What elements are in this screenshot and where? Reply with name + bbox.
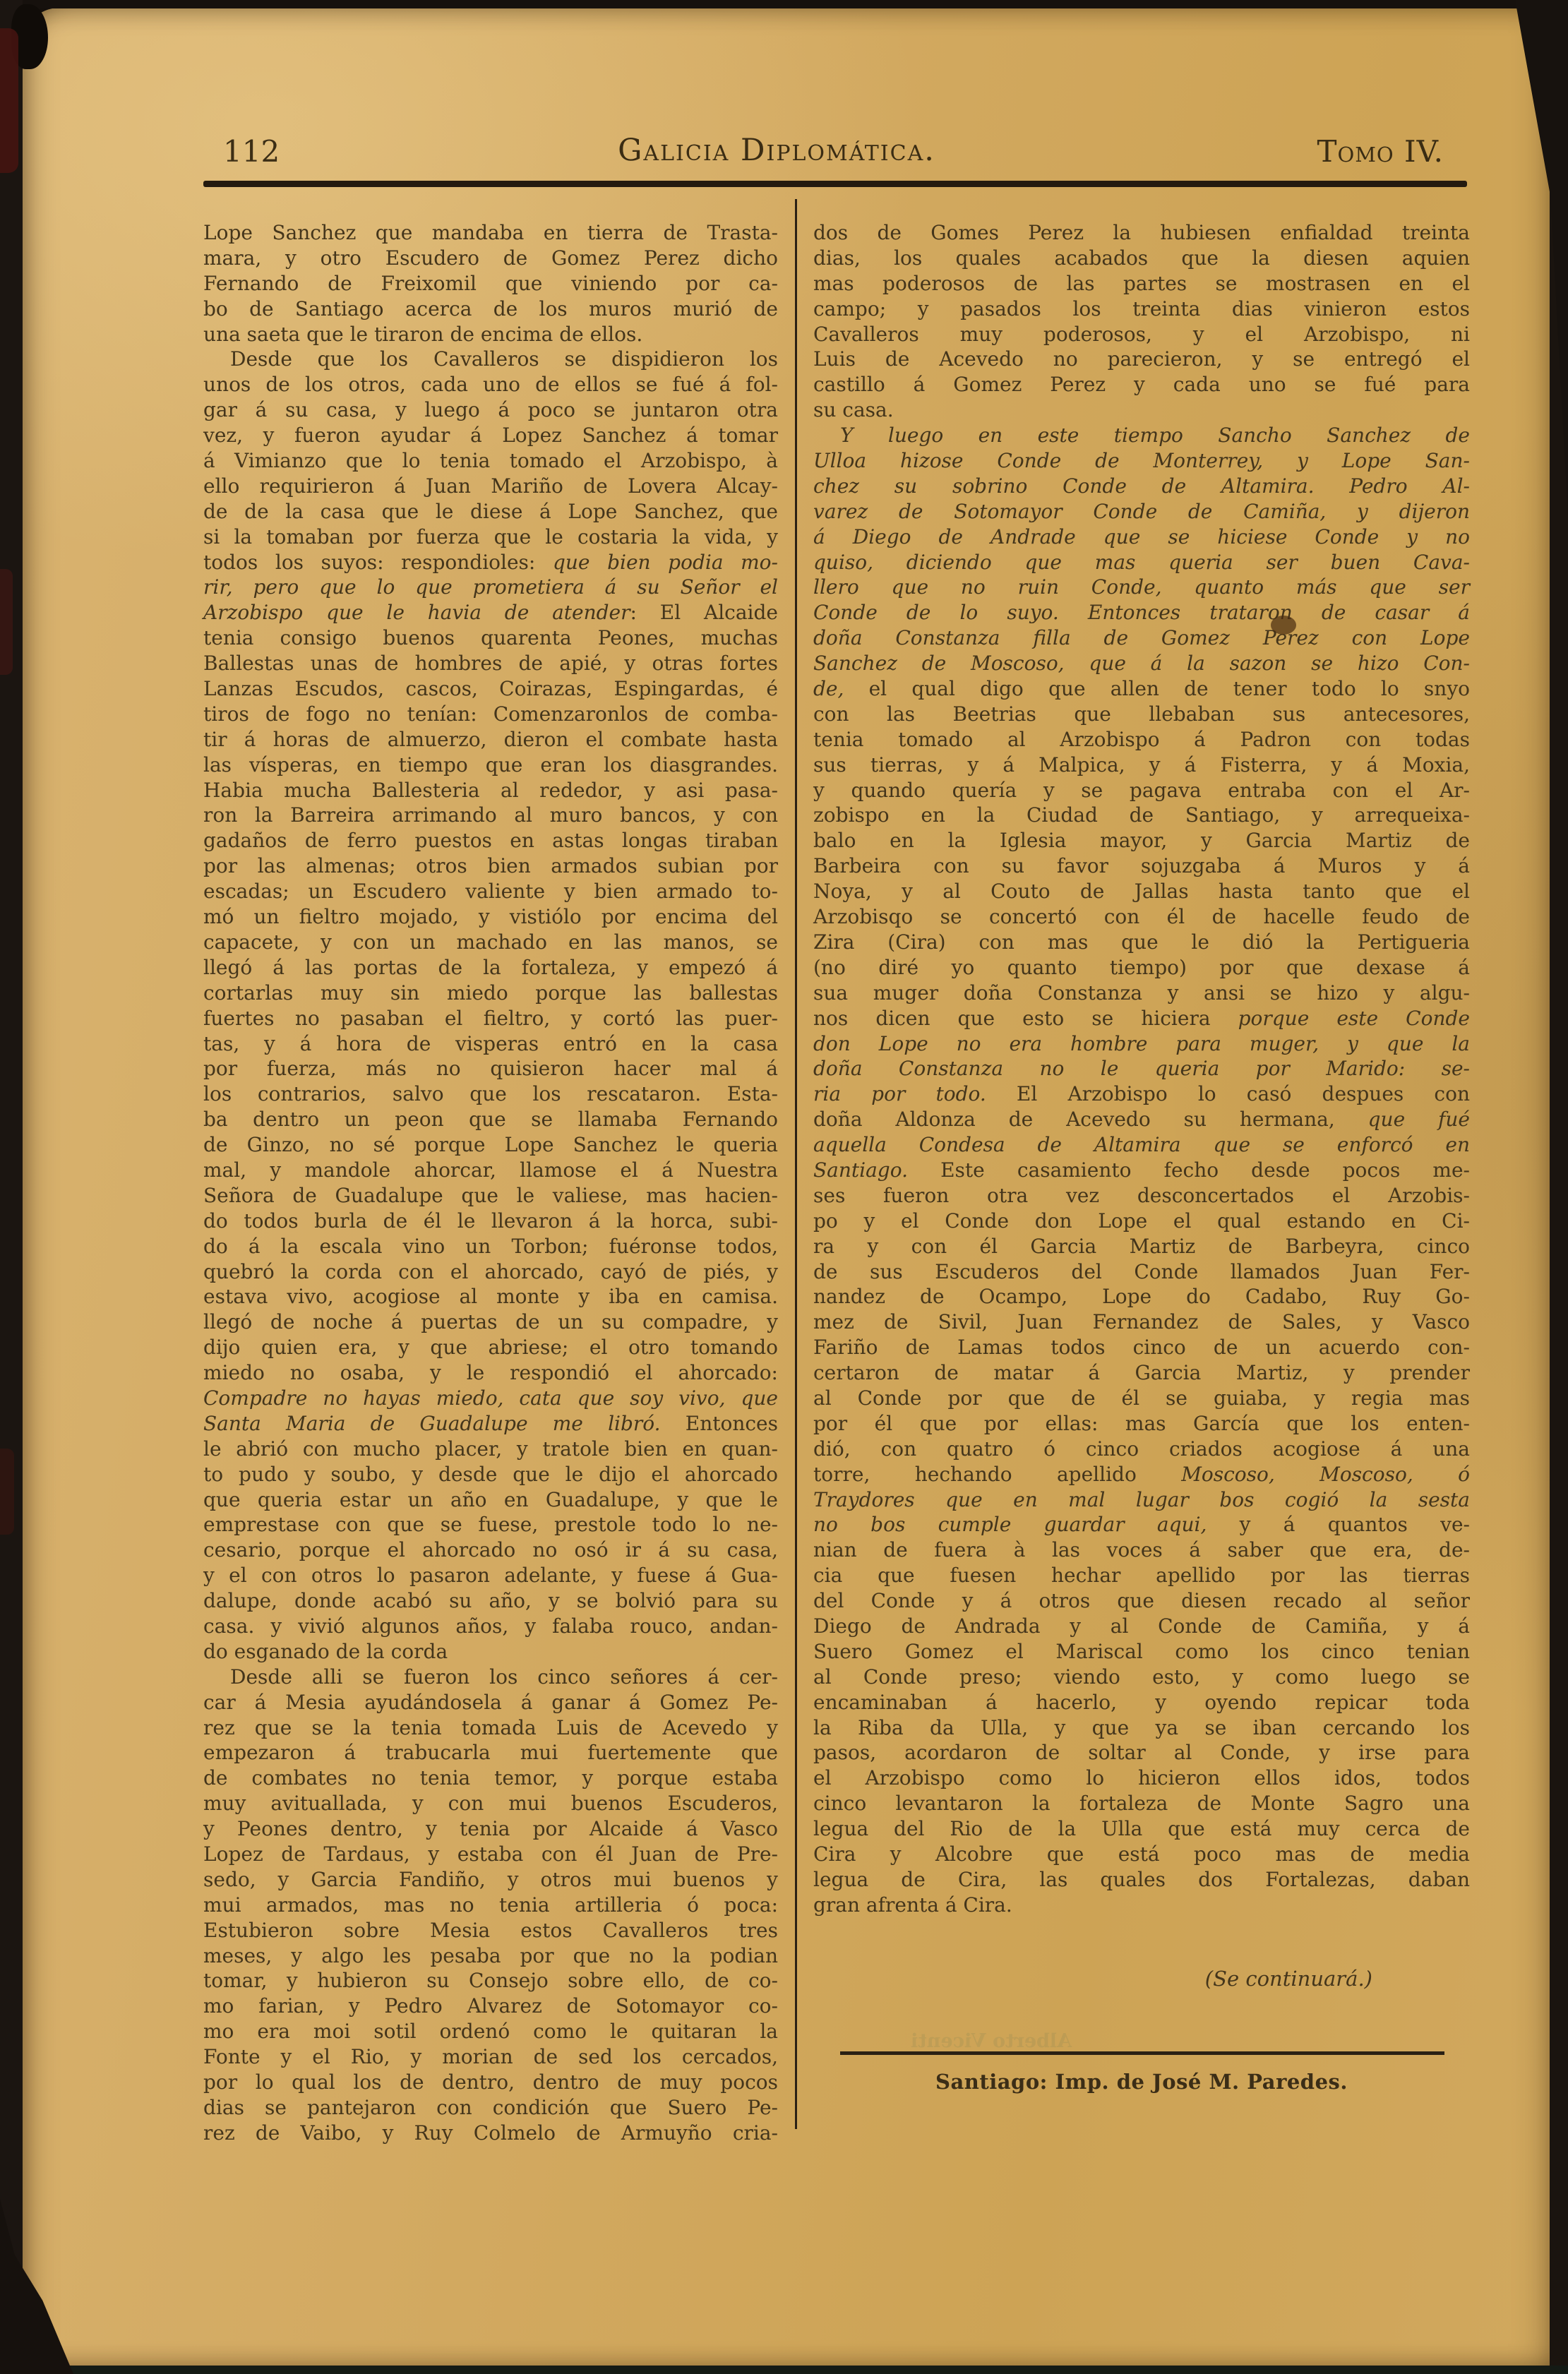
text-line: los contrarios, salvo que los rescataron… xyxy=(203,1081,778,1107)
text-line: Conde de lo suyo. Entonces trataron de c… xyxy=(813,600,1470,625)
text-line: tiros de fogo no tenían: Comenzaronlos d… xyxy=(203,702,778,727)
text-line: Ulloa hizose Conde de Monterrey, y Lope … xyxy=(813,448,1470,474)
text-line: todos los suyos: respondioles: que bien … xyxy=(203,550,778,575)
text-line: dias se pantejaron con condición que Sue… xyxy=(203,2095,778,2121)
text-line: por fuerza, más no quisieron hacer mal á xyxy=(203,1056,778,1081)
text-line: por él que por ellas: mas García que los… xyxy=(813,1411,1470,1437)
text-line: encaminaban á hacerlo, y oyendo repicar … xyxy=(813,1690,1470,1715)
text-line: pasos, acordaron de soltar al Conde, y i… xyxy=(813,1740,1470,1765)
text-line: mo farian, y Pedro Alvarez de Sotomayor … xyxy=(203,1994,778,2019)
text-line: Traydores que en mal lugar bos cogió la … xyxy=(813,1487,1470,1513)
text-line: tenia tomado al Arzobispo á Padron con t… xyxy=(813,727,1470,753)
text-line: Sanchez de Moscoso, que á la sazon se hi… xyxy=(813,651,1470,676)
text-line: Lope Sanchez que mandaba en tierra de Tr… xyxy=(203,220,778,246)
text-line: to pudo y soubo, y desde que le dijo el … xyxy=(203,1462,778,1487)
ink-stain xyxy=(1271,616,1296,635)
text-line: Compadre no hayas miedo, cata que soy vi… xyxy=(203,1386,778,1411)
scan-artifact-left-2 xyxy=(0,569,13,675)
text-line: Desde que los Cavalleros se dispidieron … xyxy=(203,347,778,372)
text-line: dijo quien era, y que abriese; el otro t… xyxy=(203,1335,778,1360)
text-line: varez de Sotomayor Conde de Camiña, y di… xyxy=(813,499,1470,524)
text-line: mui armados, mas no tenia artilleria ó p… xyxy=(203,1893,778,1918)
text-line: (no diré yo quanto tiempo) por que dexas… xyxy=(813,955,1470,981)
text-line: gar á su casa, y luego á poco se juntaro… xyxy=(203,397,778,423)
text-line: gadaños de ferro puestos en astas longas… xyxy=(203,828,778,853)
text-line: Lopez de Tardaus, y estaba con él Juan d… xyxy=(203,1842,778,1867)
text-line: ses fueron otra vez desconcertados el Ar… xyxy=(813,1183,1470,1209)
text-line: casa. y vivió algunos años, y falaba rou… xyxy=(203,1614,778,1639)
text-line: car á Mesia ayudándosela á ganar á Gomez… xyxy=(203,1690,778,1715)
text-line: dos de Gomes Perez la hubiesen enfialdad… xyxy=(813,220,1470,246)
text-line: zobispo en la Ciudad de Santiago, y arre… xyxy=(813,803,1470,828)
text-line: tas, y á hora de visperas entró en la ca… xyxy=(203,1031,778,1057)
column-left: Lope Sanchez que mandaba en tierra de Tr… xyxy=(203,220,778,2146)
text-line: su casa. xyxy=(813,397,1470,423)
text-line: de Ginzo, no sé porque Lope Sanchez le q… xyxy=(203,1132,778,1158)
text-line: sedo, y Garcia Fandiño, y otros mui buen… xyxy=(203,1867,778,1893)
text-line: llegó de noche á puertas de un su compad… xyxy=(203,1309,778,1335)
text-line: sus tierras, y á Malpica, y á Fisterra, … xyxy=(813,753,1470,778)
text-line: rir, pero que lo que prometiera á su Señ… xyxy=(203,575,778,600)
text-line: unos de los otros, cada uno de ellos se … xyxy=(203,372,778,397)
text-line: el Arzobispo como lo hicieron ellos idos… xyxy=(813,1765,1470,1791)
text-line: le abrió con mucho placer, y tratole bie… xyxy=(203,1437,778,1462)
text-line: quebró la corda con el ahorcado, cayó de… xyxy=(203,1259,778,1285)
text-line: de combates no tenia temor, y porque est… xyxy=(203,1765,778,1791)
text-line: cesario, porque el ahorcado no osó ir á … xyxy=(203,1537,778,1563)
imprint-line: Santiago: Imp. de José M. Paredes. xyxy=(813,2070,1470,2094)
text-line: legua del Rio de la Ulla que está muy ce… xyxy=(813,1816,1470,1842)
text-line: emprestase con que se fuese, prestole to… xyxy=(203,1512,778,1537)
text-line: escadas; un Escudero valiente y bien arm… xyxy=(203,879,778,904)
column-divider-rule xyxy=(795,199,797,2129)
text-line: ello requirieron á Juan Mariño de Lovera… xyxy=(203,474,778,499)
text-line: mo era moi sotil ordenó como le quitaran… xyxy=(203,2019,778,2044)
text-line: cia que fuesen hechar apellido por las t… xyxy=(813,1563,1470,1588)
text-line: chez su sobrino Conde de Altamira. Pedro… xyxy=(813,474,1470,499)
text-line: que queria estar un año en Guadalupe, y … xyxy=(203,1487,778,1513)
scan-edge-bottom xyxy=(0,2366,1568,2374)
text-line: dalupe, donde acabó su año, y se bolvió … xyxy=(203,1588,778,1614)
text-line: Ballestas unas de hombres de apié, y otr… xyxy=(203,651,778,676)
text-line: al Conde por que de él se guiaba, y regi… xyxy=(813,1386,1470,1411)
text-line: tomar, y hubieron su Consejo sobre ello,… xyxy=(203,1968,778,1994)
text-line: certaron de matar á Garcia Martiz, y pre… xyxy=(813,1360,1470,1386)
text-line: Cavalleros muy poderosos, y el Arzobispo… xyxy=(813,322,1470,347)
text-line: á Vimianzo que lo tenia tomado el Arzobi… xyxy=(203,448,778,474)
text-line: po y el Conde don Lope el qual estando e… xyxy=(813,1209,1470,1234)
text-line: doña Aldonza de Acevedo su hermana, que … xyxy=(813,1107,1470,1132)
text-line: Lanzas Escudos, cascos, Coirazas, Esping… xyxy=(203,676,778,702)
journal-title: Galicia Diplomática. xyxy=(438,133,1115,168)
text-line: de sus Escuderos del Conde llamados Juan… xyxy=(813,1259,1470,1285)
text-line: no bos cumple guardar aqui, y á quantos … xyxy=(813,1512,1470,1537)
text-line: ra y con él Garcia Martiz de Barbeyra, c… xyxy=(813,1234,1470,1259)
page-number: 112 xyxy=(223,134,280,169)
scan-artifact-left-1 xyxy=(0,28,18,173)
text-line: de de la casa que le diese á Lope Sanche… xyxy=(203,499,778,524)
text-line: do todos burla de él le llevaron á la ho… xyxy=(203,1209,778,1234)
text-line: nian de fuera à las voces á saber que er… xyxy=(813,1537,1470,1563)
text-line: ba dentro un peon que se llamaba Fernand… xyxy=(203,1107,778,1132)
text-line: tir á horas de almuerzo, dieron el comba… xyxy=(203,727,778,753)
text-line: legua de Cira, las quales dos Fortalezas… xyxy=(813,1867,1470,1893)
text-line: mal, y mandole ahorcar, llamose el á Nue… xyxy=(203,1158,778,1183)
text-line: bo de Santiago acerca de los muros murió… xyxy=(203,296,778,322)
text-line: Zira (Cira) con mas que le dió la Pertig… xyxy=(813,930,1470,955)
text-line: dias, los quales acabados que la diesen … xyxy=(813,246,1470,271)
text-line: á Diego de Andrade que se hiciese Conde … xyxy=(813,524,1470,550)
text-line: las vísperas, en tiempo que eran los dia… xyxy=(203,753,778,778)
text-line: nos dicen que esto se hiciera porque est… xyxy=(813,1006,1470,1031)
text-line: rez que se la tenia tomada Luis de Aceve… xyxy=(203,1715,778,1741)
text-line: doña Constanza no le queria por Marido: … xyxy=(813,1056,1470,1081)
scanned-page: 112 Galicia Diplomática. Tomo IV. Lope S… xyxy=(0,0,1568,2374)
text-line: Estubieron sobre Mesia estos Cavalleros … xyxy=(203,1918,778,1943)
text-line: empezaron á trabucarla mui fuertemente q… xyxy=(203,1740,778,1765)
text-line: Fonte y el Rio, y morian de sed los cerc… xyxy=(203,2044,778,2070)
text-line: doña Constanza filla de Gomez Perez con … xyxy=(813,625,1470,651)
text-line: quiso, diciendo que mas queria ser buen … xyxy=(813,550,1470,575)
text-line: tenia consigo buenos quarenta Peones, mu… xyxy=(203,625,778,651)
text-line: por lo qual los de dentro, dentro de muy… xyxy=(203,2070,778,2095)
text-line: y Peones dentro, y tenia por Alcaide á V… xyxy=(203,1816,778,1842)
text-line: Diego de Andrada y al Conde de Camiña, y… xyxy=(813,1614,1470,1639)
text-line: llegó á las portas de la fortaleza, y em… xyxy=(203,955,778,981)
text-line: dió, con quatro ó cinco criados acogiose… xyxy=(813,1437,1470,1462)
text-line: mara, y otro Escudero de Gomez Perez dic… xyxy=(203,246,778,271)
text-line: torre, hechando apellido Moscoso, Moscos… xyxy=(813,1462,1470,1487)
bleed-through-text: Alberto Vicenti xyxy=(911,2030,1072,2052)
text-line: y el con otros lo pasaron adelante, y fu… xyxy=(203,1563,778,1588)
text-line: con las Beetrias que llebaban sus antece… xyxy=(813,702,1470,727)
text-line: una saeta que le tiraron de encima de el… xyxy=(203,322,778,347)
text-line: campo; y pasados los treinta dias vinier… xyxy=(813,296,1470,322)
text-line: estava vivo, acogiose al monte y iba en … xyxy=(203,1284,778,1309)
text-line: de, el qual digo que allen de tener todo… xyxy=(813,676,1470,702)
text-line: Desde alli se fueron los cinco señores á… xyxy=(203,1665,778,1690)
text-line: fuertes no pasaban el fieltro, y cortó l… xyxy=(203,1006,778,1031)
text-line: Y luego en este tiempo Sancho Sanchez de xyxy=(813,423,1470,448)
text-line: Arzobisqo se concertó con él de hacelle … xyxy=(813,904,1470,930)
text-line: balo en la Iglesia mayor, y Garcia Marti… xyxy=(813,828,1470,853)
text-line: aquella Condesa de Altamira que se enfor… xyxy=(813,1132,1470,1158)
text-line: Fariño de Lamas todos cinco de un acuerd… xyxy=(813,1335,1470,1360)
text-line: meses, y algo les pesaba por que no la p… xyxy=(203,1943,778,1969)
text-line: y quando quería y se pagava entraba con … xyxy=(813,778,1470,803)
text-line: al Conde preso; viendo esto, y como lueg… xyxy=(813,1665,1470,1690)
text-line: mas poderosos de las partes se mostrasen… xyxy=(813,271,1470,296)
text-line: don Lope no era hombre para muger, y que… xyxy=(813,1031,1470,1057)
column-right: dos de Gomes Perez la hubiesen enfialdad… xyxy=(813,220,1470,1918)
imprint-rule xyxy=(840,2051,1444,2055)
text-line: do esganado de la corda xyxy=(203,1639,778,1665)
text-line: vez, y fueron ayudar á Lopez Sanchez á t… xyxy=(203,423,778,448)
text-line: Arzobispo que le havia de atender: El Al… xyxy=(203,600,778,625)
text-line: Fernando de Freixomil que viniendo por c… xyxy=(203,271,778,296)
text-line: por las almenas; otros bien armados subi… xyxy=(203,853,778,879)
text-line: mez de Sivil, Juan Fernandez de Sales, y… xyxy=(813,1309,1470,1335)
text-line: rez de Vaibo, y Ruy Colmelo de Armuyño c… xyxy=(203,2121,778,2146)
text-line: cortarlas muy sin miedo porque las balle… xyxy=(203,981,778,1006)
header-rule xyxy=(203,181,1467,187)
text-line: nandez de Ocampo, Lope do Cadabo, Ruy Go… xyxy=(813,1284,1470,1309)
text-line: Suero Gomez el Mariscal como los cinco t… xyxy=(813,1639,1470,1665)
text-line: Barbeira con su favor sojuzgaba á Muros … xyxy=(813,853,1470,879)
text-line: la Riba da Ulla, y que ya se iban cercan… xyxy=(813,1715,1470,1741)
text-line: mó un fieltro mojado, y vistiólo por enc… xyxy=(203,904,778,930)
text-line: do á la escala vino un Torbon; fuéronse … xyxy=(203,1234,778,1259)
text-line: Habia mucha Ballesteria al rededor, y as… xyxy=(203,778,778,803)
text-line: castillo á Gomez Perez y cada uno se fué… xyxy=(813,372,1470,397)
text-line: sua muger doña Constanza y ansi se hizo … xyxy=(813,981,1470,1006)
text-line: si la tomaban por fuerza que le costaria… xyxy=(203,524,778,550)
text-line: Santiago. Este casamiento fecho desde po… xyxy=(813,1158,1470,1183)
text-line: llero que no ruin Conde, quanto más que … xyxy=(813,575,1470,600)
continuation-note: (Se continuará.) xyxy=(813,1967,1470,1991)
text-line: capacete, y con un machado en las manos,… xyxy=(203,930,778,955)
text-line: cinco levantaron la fortaleza de Monte S… xyxy=(813,1791,1470,1816)
text-line: gran afrenta á Cira. xyxy=(813,1893,1470,1918)
scan-edge-left xyxy=(0,0,23,2374)
text-line: muy avituallada, y con mui buenos Escude… xyxy=(203,1791,778,1816)
scan-artifact-left-3 xyxy=(0,1449,14,1535)
text-line: ria por todo. El Arzobispo lo casó despu… xyxy=(813,1081,1470,1107)
text-line: Noya, y al Couto de Jallas hasta tanto q… xyxy=(813,879,1470,904)
text-line: del Conde y á otros que diesen recado al… xyxy=(813,1588,1470,1614)
text-line: ron la Barreira arrimando al muro bancos… xyxy=(203,803,778,828)
text-line: Cira y Alcobre que está poco mas de medi… xyxy=(813,1842,1470,1867)
scan-edge-top xyxy=(0,0,1568,8)
text-line: miedo no osaba, y le respondió el ahorca… xyxy=(203,1360,778,1386)
text-line: Luis de Acevedo no parecieron, y se entr… xyxy=(813,347,1470,372)
text-line: Santa Maria de Guadalupe me libró. Enton… xyxy=(203,1411,778,1437)
volume-label: Tomo IV. xyxy=(1317,134,1444,169)
text-line: Señora de Guadalupe que le valiese, mas … xyxy=(203,1183,778,1209)
